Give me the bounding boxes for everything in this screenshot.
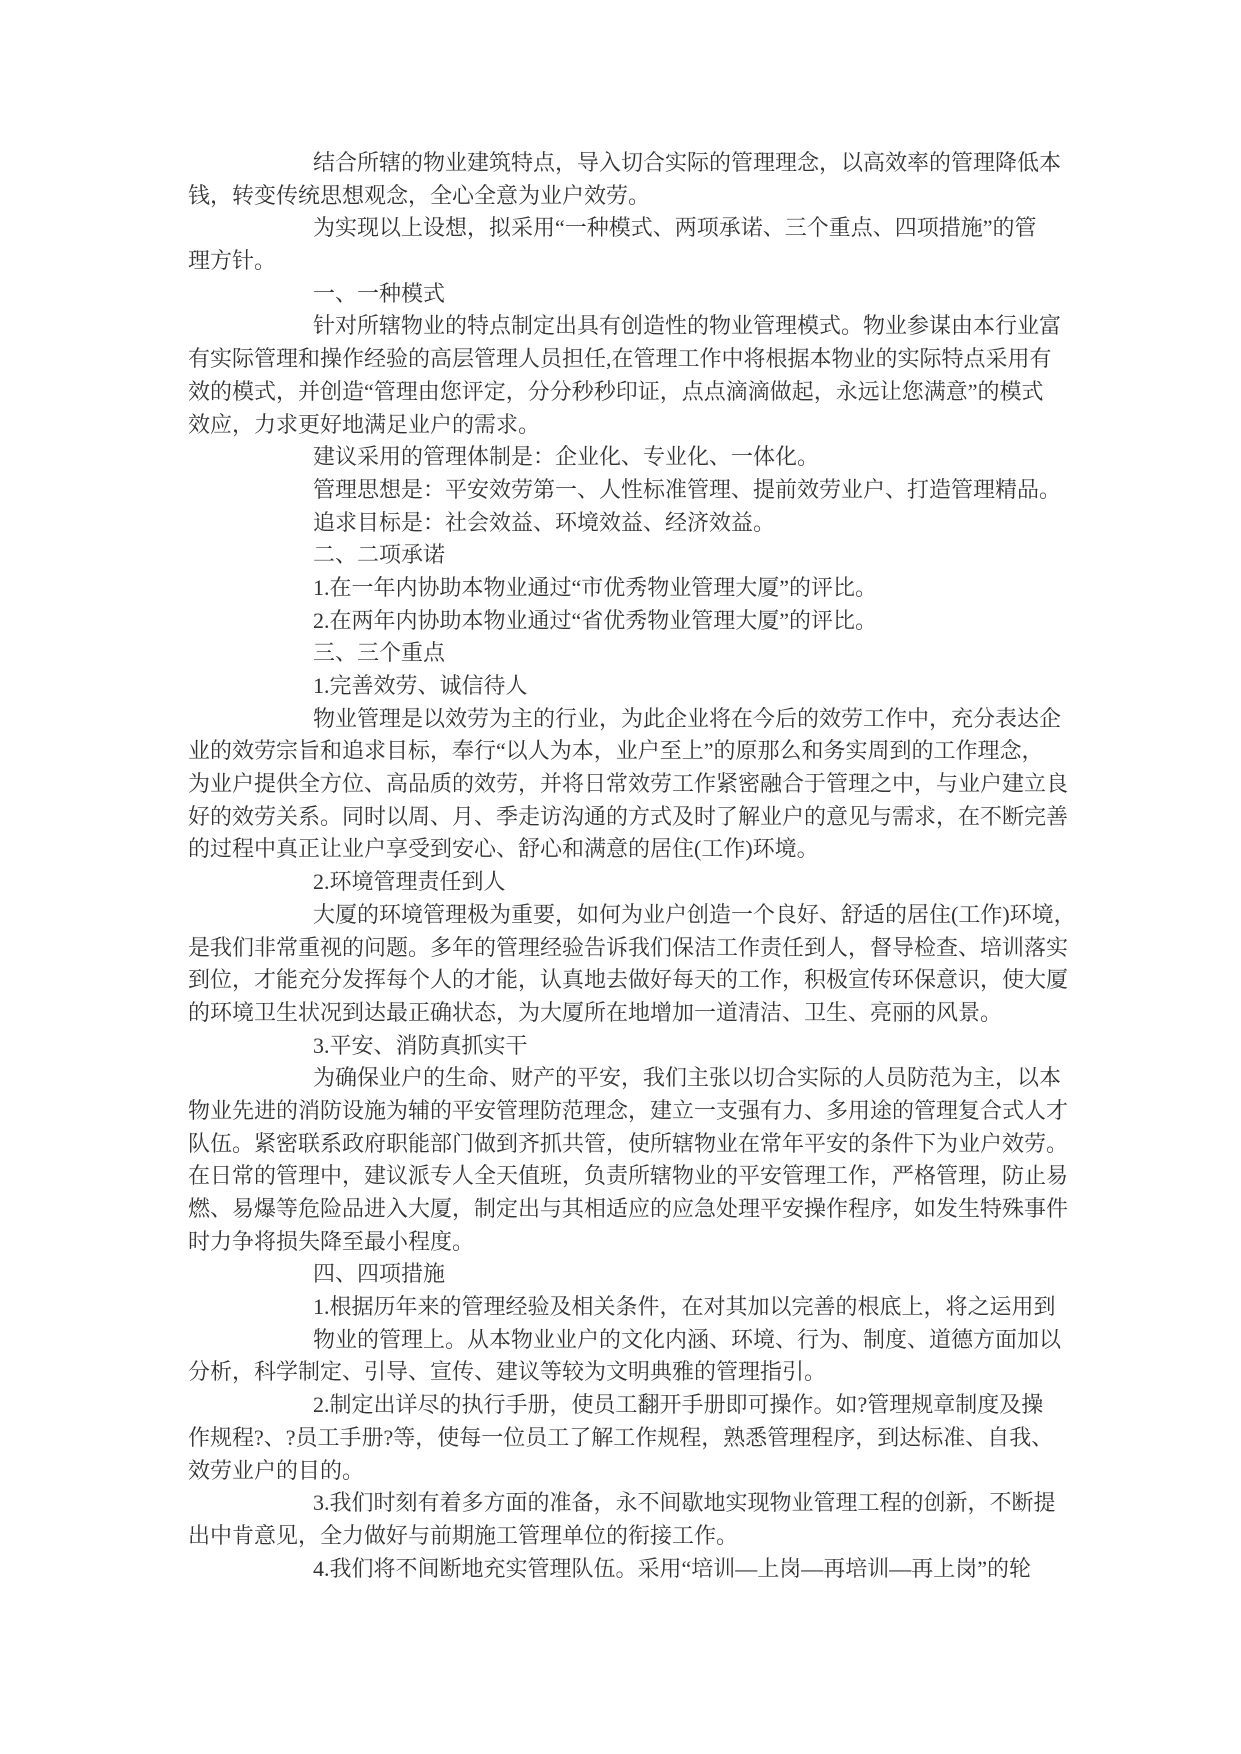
text-line: 分析，科学制定、引导、宣传、建议等较为文明典雅的管理指引。 [188, 1356, 1073, 1389]
text-line: 管理思想是：平安效劳第一、人性标准管理、提前效劳业户、打造管理精品。 [188, 474, 1073, 507]
text-line: 为业户提供全方位、高品质的效劳，并将日常效劳工作紧密融合于管理之中，与业户建立良 [188, 768, 1073, 801]
text-line: 作规程?、?员工手册?等，使每一位员工了解工作规程，熟悉管理程序，到达标准、自我… [188, 1422, 1073, 1455]
text-line: 一、一种模式 [188, 278, 1073, 311]
text-line: 为实现以上设想，拟采用“一种模式、两项承诺、三个重点、四项措施”的管 [188, 212, 1073, 245]
text-line: 物业管理是以效劳为主的行业，为此企业将在今后的效劳工作中，充分表达企 [188, 703, 1073, 736]
text-line: 大厦的环境管理极为重要，如何为业户创造一个良好、舒适的居住(工作)环境， [188, 899, 1073, 932]
text-line: 在日常的管理中，建议派专人全天值班，负责所辖物业的平安管理工作，严格管理，防止易 [188, 1160, 1073, 1193]
text-line: 是我们非常重视的问题。多年的管理经验告诉我们保洁工作责任到人，督导检查、培训落实 [188, 932, 1073, 965]
text-line: 追求目标是：社会效益、环境效益、经济效益。 [188, 507, 1073, 540]
text-line: 业的效劳宗旨和追求目标，奉行“以人为本，业户至上”的原那么和务实周到的工作理念， [188, 735, 1073, 768]
document-text: 结合所辖的物业建筑特点，导入切合实际的管理理念，以高效率的管理降低本钱，转变传统… [188, 147, 1073, 1585]
text-line: 2.制定出详尽的执行手册，使员工翻开手册即可操作。如?管理规章制度及操 [188, 1389, 1073, 1422]
text-line: 物业先进的消防设施为辅的平安管理防范理念，建立一支强有力、多用途的管理复合式人才 [188, 1095, 1073, 1128]
text-line: 二、二项承诺 [188, 539, 1073, 572]
text-line: 3.平安、消防真抓实干 [188, 1030, 1073, 1063]
text-line: 效劳业户的目的。 [188, 1455, 1073, 1488]
text-line: 效应，力求更好地满足业户的需求。 [188, 409, 1073, 442]
text-line: 队伍。紧密联系政府职能部门做到齐抓共管，使所辖物业在常年平安的条件下为业户效劳。 [188, 1128, 1073, 1161]
text-line: 好的效劳关系。同时以周、月、季走访沟通的方式及时了解业户的意见与需求，在不断完善 [188, 801, 1073, 834]
text-line: 钱，转变传统思想观念，全心全意为业户效劳。 [188, 180, 1073, 213]
text-line: 时力争将损失降至最小程度。 [188, 1226, 1073, 1259]
text-line: 理方针。 [188, 245, 1073, 278]
text-line: 物业的管理上。从本物业业户的文化内涵、环境、行为、制度、道德方面加以 [188, 1324, 1073, 1357]
text-line: 1.根据历年来的管理经验及相关条件，在对其加以完善的根底上，将之运用到 [188, 1291, 1073, 1324]
text-line: 2.在两年内协助本物业通过“省优秀物业管理大厦”的评比。 [188, 605, 1073, 638]
text-line: 到位，才能充分发挥每个人的才能，认真地去做好每天的工作，积极宣传环保意识，使大厦 [188, 964, 1073, 997]
text-line: 结合所辖的物业建筑特点，导入切合实际的管理理念，以高效率的管理降低本 [188, 147, 1073, 180]
text-line: 的过程中真正让业户享受到安心、舒心和满意的居住(工作)环境。 [188, 833, 1073, 866]
text-line: 有实际管理和操作经验的高层管理人员担任,在管理工作中将根据本物业的实际特点采用有 [188, 343, 1073, 376]
text-line: 效的模式，并创造“管理由您评定，分分秒秒印证，点点滴滴做起，永远让您满意”的模式 [188, 376, 1073, 409]
text-line: 4.我们将不间断地充实管理队伍。采用“培训—上岗—再培训—再上岗”的轮 [188, 1553, 1073, 1586]
text-line: 3.我们时刻有着多方面的准备，永不间歇地实现物业管理工程的创新，不断提 [188, 1487, 1073, 1520]
text-line: 三、三个重点 [188, 637, 1073, 670]
text-line: 出中肯意见，全力做好与前期施工管理单位的衔接工作。 [188, 1520, 1073, 1553]
text-line: 为确保业户的生命、财产的平安，我们主张以切合实际的人员防范为主，以本 [188, 1062, 1073, 1095]
text-line: 建议采用的管理体制是：企业化、专业化、一体化。 [188, 441, 1073, 474]
text-line: 针对所辖物业的特点制定出具有创造性的物业管理模式。物业参谋由本行业富 [188, 310, 1073, 343]
text-line: 的环境卫生状况到达最正确状态，为大厦所在地增加一道清洁、卫生、亮丽的风景。 [188, 997, 1073, 1030]
text-line: 四、四项措施 [188, 1258, 1073, 1291]
document-page: 结合所辖的物业建筑特点，导入切合实际的管理理念，以高效率的管理降低本钱，转变传统… [0, 0, 1241, 1754]
text-line: 1.完善效劳、诚信待人 [188, 670, 1073, 703]
text-line: 1.在一年内协助本物业通过“市优秀物业管理大厦”的评比。 [188, 572, 1073, 605]
text-line: 2.环境管理责任到人 [188, 866, 1073, 899]
text-line: 燃、易爆等危险品进入大厦，制定出与其相适应的应急处理平安操作程序，如发生特殊事件 [188, 1193, 1073, 1226]
